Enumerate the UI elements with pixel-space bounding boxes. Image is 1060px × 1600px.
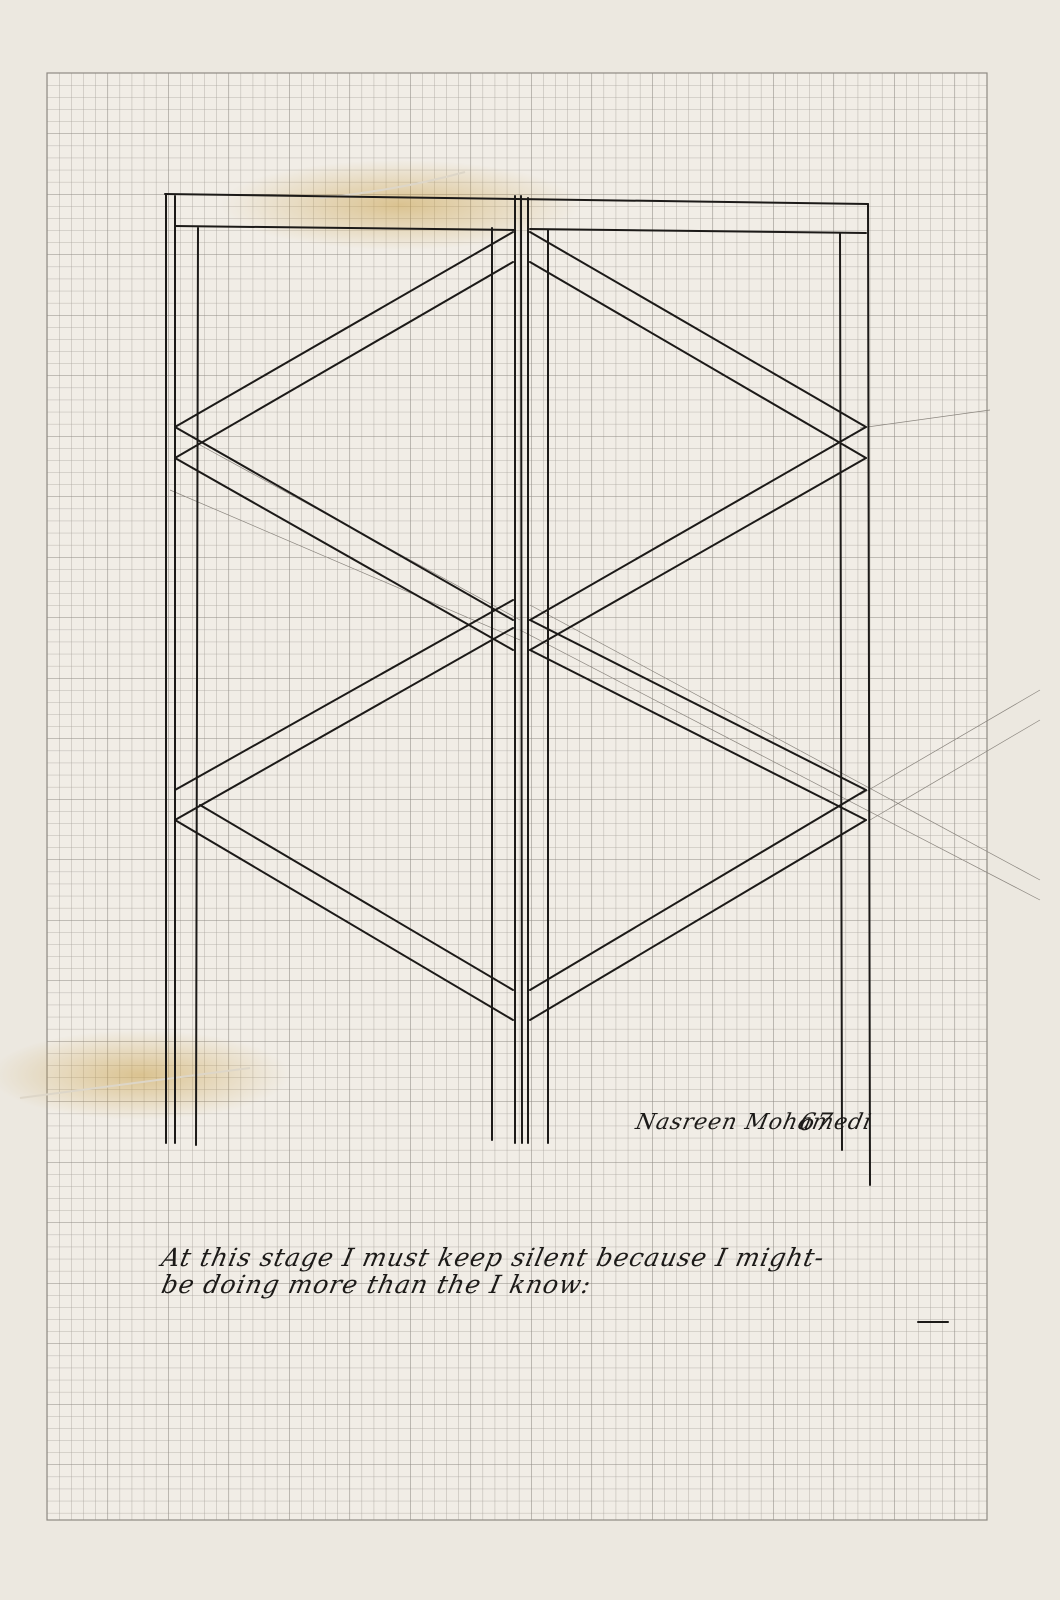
artist-signature: Nasreen Mohamedi — [633, 1110, 874, 1135]
drawing-sheet — [0, 0, 1060, 1600]
signature-year: 67 — [797, 1108, 835, 1136]
inscription-line-1: At this stage I must keep silent because… — [159, 1243, 828, 1272]
inscription-line-2: be doing more than the I know: — [159, 1270, 594, 1299]
graph-grid — [47, 73, 987, 1520]
